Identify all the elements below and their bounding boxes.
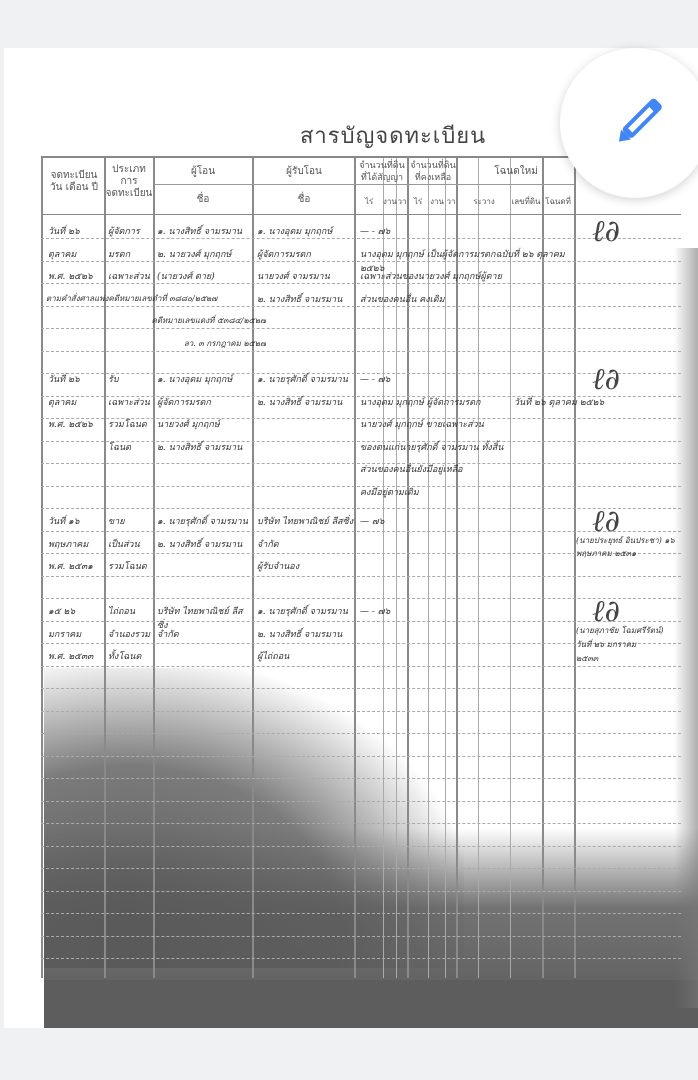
- entry-note: เฉพาะส่วนของนายวงศ์ มุกฤกษ์ผู้ตาย: [360, 269, 580, 283]
- pencil-icon: [612, 98, 664, 150]
- entry-type: เฉพาะส่วน: [108, 269, 156, 283]
- entry-type: ผู้จัดการ: [108, 224, 156, 238]
- header-deed-sub: เลขที่ดิน: [510, 196, 542, 208]
- entry-transferor: นายวงศ์ มุกฤกษ์: [157, 417, 253, 431]
- entry-date: พ.ศ. ๒๕๒๖: [48, 269, 106, 283]
- header-transferor: ผู้โอน: [154, 166, 252, 178]
- row-rule: [41, 711, 681, 713]
- header-area-unit: วา: [397, 196, 407, 208]
- row-rule: [41, 958, 681, 960]
- row-rule: [41, 508, 681, 510]
- entry-date: ตุลาคม: [48, 247, 106, 261]
- entry-transferor: จำกัด: [157, 627, 253, 641]
- row-rule: [41, 891, 681, 893]
- header-area-unit: ไร่: [356, 196, 382, 208]
- entry-transferor: ๒. นางสิทธิ์ จามรมาน: [157, 440, 253, 454]
- entry-type: รับ: [108, 372, 156, 386]
- row-rule: [41, 913, 681, 915]
- row-rule: [41, 733, 681, 735]
- entry-transferor: ๑. นางสิทธิ์ จามรมาน: [157, 224, 253, 238]
- court-order: ลว. ๓ กรกฎาคม ๒๕๒๗: [46, 337, 266, 350]
- row-rule: [41, 846, 681, 848]
- entry-type: ไถ่ถอน: [108, 604, 156, 618]
- row-rule: [41, 328, 681, 330]
- row-rule: [41, 598, 681, 600]
- header-transferor-name: ชื่อ: [154, 194, 252, 206]
- entry-transferee: ผู้รับจำนอง: [257, 559, 355, 573]
- row-rule: [41, 801, 681, 803]
- entry-type: มรดก: [108, 247, 156, 261]
- entry-transferor: ๑. นายรุศักดิ์ จามรมาน: [157, 514, 253, 528]
- entry-area: — - ๗๖: [360, 372, 420, 386]
- entry-type: เฉพาะส่วน: [108, 395, 156, 409]
- row-rule: [41, 823, 681, 825]
- court-order: คดีหมายเลขแดงที่ ๕๓๘๔/๒๕๒๗: [46, 314, 266, 327]
- official-signature: ℓ∂: [592, 362, 620, 397]
- header-transferee: ผู้รับโอน: [254, 166, 354, 178]
- row-rule: [41, 936, 681, 938]
- entry-type: รวมโฉนด: [108, 559, 156, 573]
- edit-button[interactable]: [560, 48, 698, 198]
- entry-date: ๑๕ ๒๖: [48, 604, 106, 618]
- entry-transferee: ๒. นางสิทธิ์ จามรมาน: [257, 395, 355, 409]
- entry-date: พ.ศ. ๒๕๓๑: [48, 559, 106, 573]
- official-signature: ℓ∂: [592, 504, 620, 539]
- header-area-unit: งาน: [383, 196, 396, 208]
- official-signature: ℓ∂: [592, 594, 620, 629]
- entry-date: วันที่ ๑๖: [48, 514, 106, 528]
- row-rule: [41, 868, 681, 870]
- entry-transferee: นายวงศ์ จามรมาน: [257, 269, 355, 283]
- row-rule: [41, 756, 681, 758]
- entry-transferee: ผู้จัดการมรดก: [257, 247, 355, 261]
- header-bottom-rule: [41, 214, 681, 215]
- row-rule: [41, 238, 681, 240]
- entry-note: ของตนแก่นายรุศักดิ์ จามรมาน ทั้งสิ้น: [360, 440, 510, 454]
- entry-type: จำนองรวม: [108, 627, 156, 641]
- header-area-unit: วา: [446, 196, 456, 208]
- entry-type: รวมโฉนด: [108, 417, 156, 431]
- header-area-unit: งาน: [429, 196, 445, 208]
- row-rule: [41, 576, 681, 578]
- entry-transferee: ๑. นางอุดม มุกฤกษ์: [257, 224, 355, 238]
- row-rule: [41, 778, 681, 780]
- entry-type: ขาย: [108, 514, 156, 528]
- header-area-unit: ไร่: [408, 196, 428, 208]
- row-rule: [41, 283, 681, 285]
- entry-date: พฤษภาคม: [48, 537, 106, 551]
- row-rule: [41, 688, 681, 690]
- entry-note: ส่วนของคนอื่น คงเดิม: [360, 292, 580, 306]
- header-new-deed: โฉนดใหม่: [458, 166, 574, 178]
- header-date: จดทะเบียน วัน เดือน ปี: [44, 170, 104, 194]
- header-type: ประเภท การ จดทะเบียน: [104, 164, 154, 200]
- entry-transferee: จำกัด: [257, 537, 355, 551]
- header-area-remaining: จำนวนที่ดิน ที่คงเหลือ: [408, 160, 458, 184]
- entry-date: วันที่ ๒๖: [48, 372, 106, 386]
- entry-transferor: ๒. นางสิทธิ์ จามรมาน: [157, 537, 253, 551]
- entry-transferee: ผู้ไถ่ถอน: [257, 649, 355, 663]
- header-deed-sub: โฉนดที่: [542, 196, 574, 208]
- row-rule: [41, 621, 681, 623]
- entry-date: มกราคม: [48, 627, 106, 641]
- entry-date: ตุลาคม: [48, 395, 106, 409]
- entry-area: — - ๗๖: [360, 224, 420, 238]
- scan-edge: [44, 980, 698, 1028]
- row-rule: [41, 306, 681, 308]
- entry-transferor: ๑. นางอุดม มุกฤกษ์: [157, 372, 253, 386]
- signature-caption: ๒๕๓๓: [576, 652, 686, 665]
- entry-note: ส่วนของคนอื่นยังมีอยู่เหลือ: [360, 462, 510, 476]
- row-rule: [41, 351, 681, 353]
- row-rule: [41, 666, 681, 668]
- entry-note: คงมีอยู่ตามเดิม: [360, 485, 510, 499]
- header-transferee-name: ชื่อ: [254, 194, 354, 206]
- row-rule: [41, 531, 681, 533]
- entry-date: พ.ศ. ๒๕๒๖: [48, 417, 106, 431]
- entry-type: ทั้งโฉนด: [108, 649, 156, 663]
- entry-type: เป็นส่วน: [108, 537, 156, 551]
- entry-transferee: บริษัท ไทยพาณิชย์ ลีสซิ่ง: [257, 514, 355, 528]
- entry-transferor: ผู้จัดการมรดก: [157, 395, 253, 409]
- entry-area: — - ๗๖: [360, 604, 420, 618]
- entry-date: วันที่ ๒๖: [48, 224, 106, 238]
- entry-transferor: ๒. นายวงศ์ มุกฤกษ์: [157, 247, 253, 261]
- entry-transferee: ๒. นางสิทธิ์ จามรมาน: [257, 292, 355, 306]
- document-title: สารบัญจดทะเบียน: [300, 118, 486, 153]
- entry-transferee: ๑. นายรุศักดิ์ จามรมาน: [257, 372, 355, 386]
- entry-note: นายวงศ์ มุกฤกษ์ ขายเฉพาะส่วน: [360, 417, 510, 431]
- entry-type: โฉนด: [108, 440, 156, 454]
- court-order: ตามคำสั่งศาลแพ่งคดีหมายเลขดำที่ ๓๘๘๐/๒๕๒…: [46, 292, 266, 305]
- entry-area: — ๗๖: [360, 514, 420, 528]
- official-signature: ℓ∂: [592, 214, 620, 249]
- entry-transferee: ๒. นางสิทธิ์ จามรมาน: [257, 627, 355, 641]
- signature-caption: วันที่ ๒๖ มกราคม: [576, 638, 686, 651]
- entry-transferee: ๑. นายรุศักดิ์ จามรมาน: [257, 604, 355, 618]
- column-rule: [41, 156, 43, 978]
- header-area-contract: จำนวนที่ดิน ที่ได้สัญญา: [356, 160, 408, 184]
- document-page: 92 สารบัญจดทะเบียน จดทะเบียน วัน เดือน ป…: [4, 48, 698, 1028]
- header-divider: [154, 184, 574, 185]
- entry-note: นางอุดม มุกฤกษ์ ผู้จัดการมรดก: [360, 395, 510, 409]
- entry-transferor: (นายวงศ์ ตาย): [157, 269, 253, 283]
- entry-date: พ.ศ. ๒๕๓๓: [48, 649, 106, 663]
- header-deed-sub: ระวาง: [458, 196, 510, 208]
